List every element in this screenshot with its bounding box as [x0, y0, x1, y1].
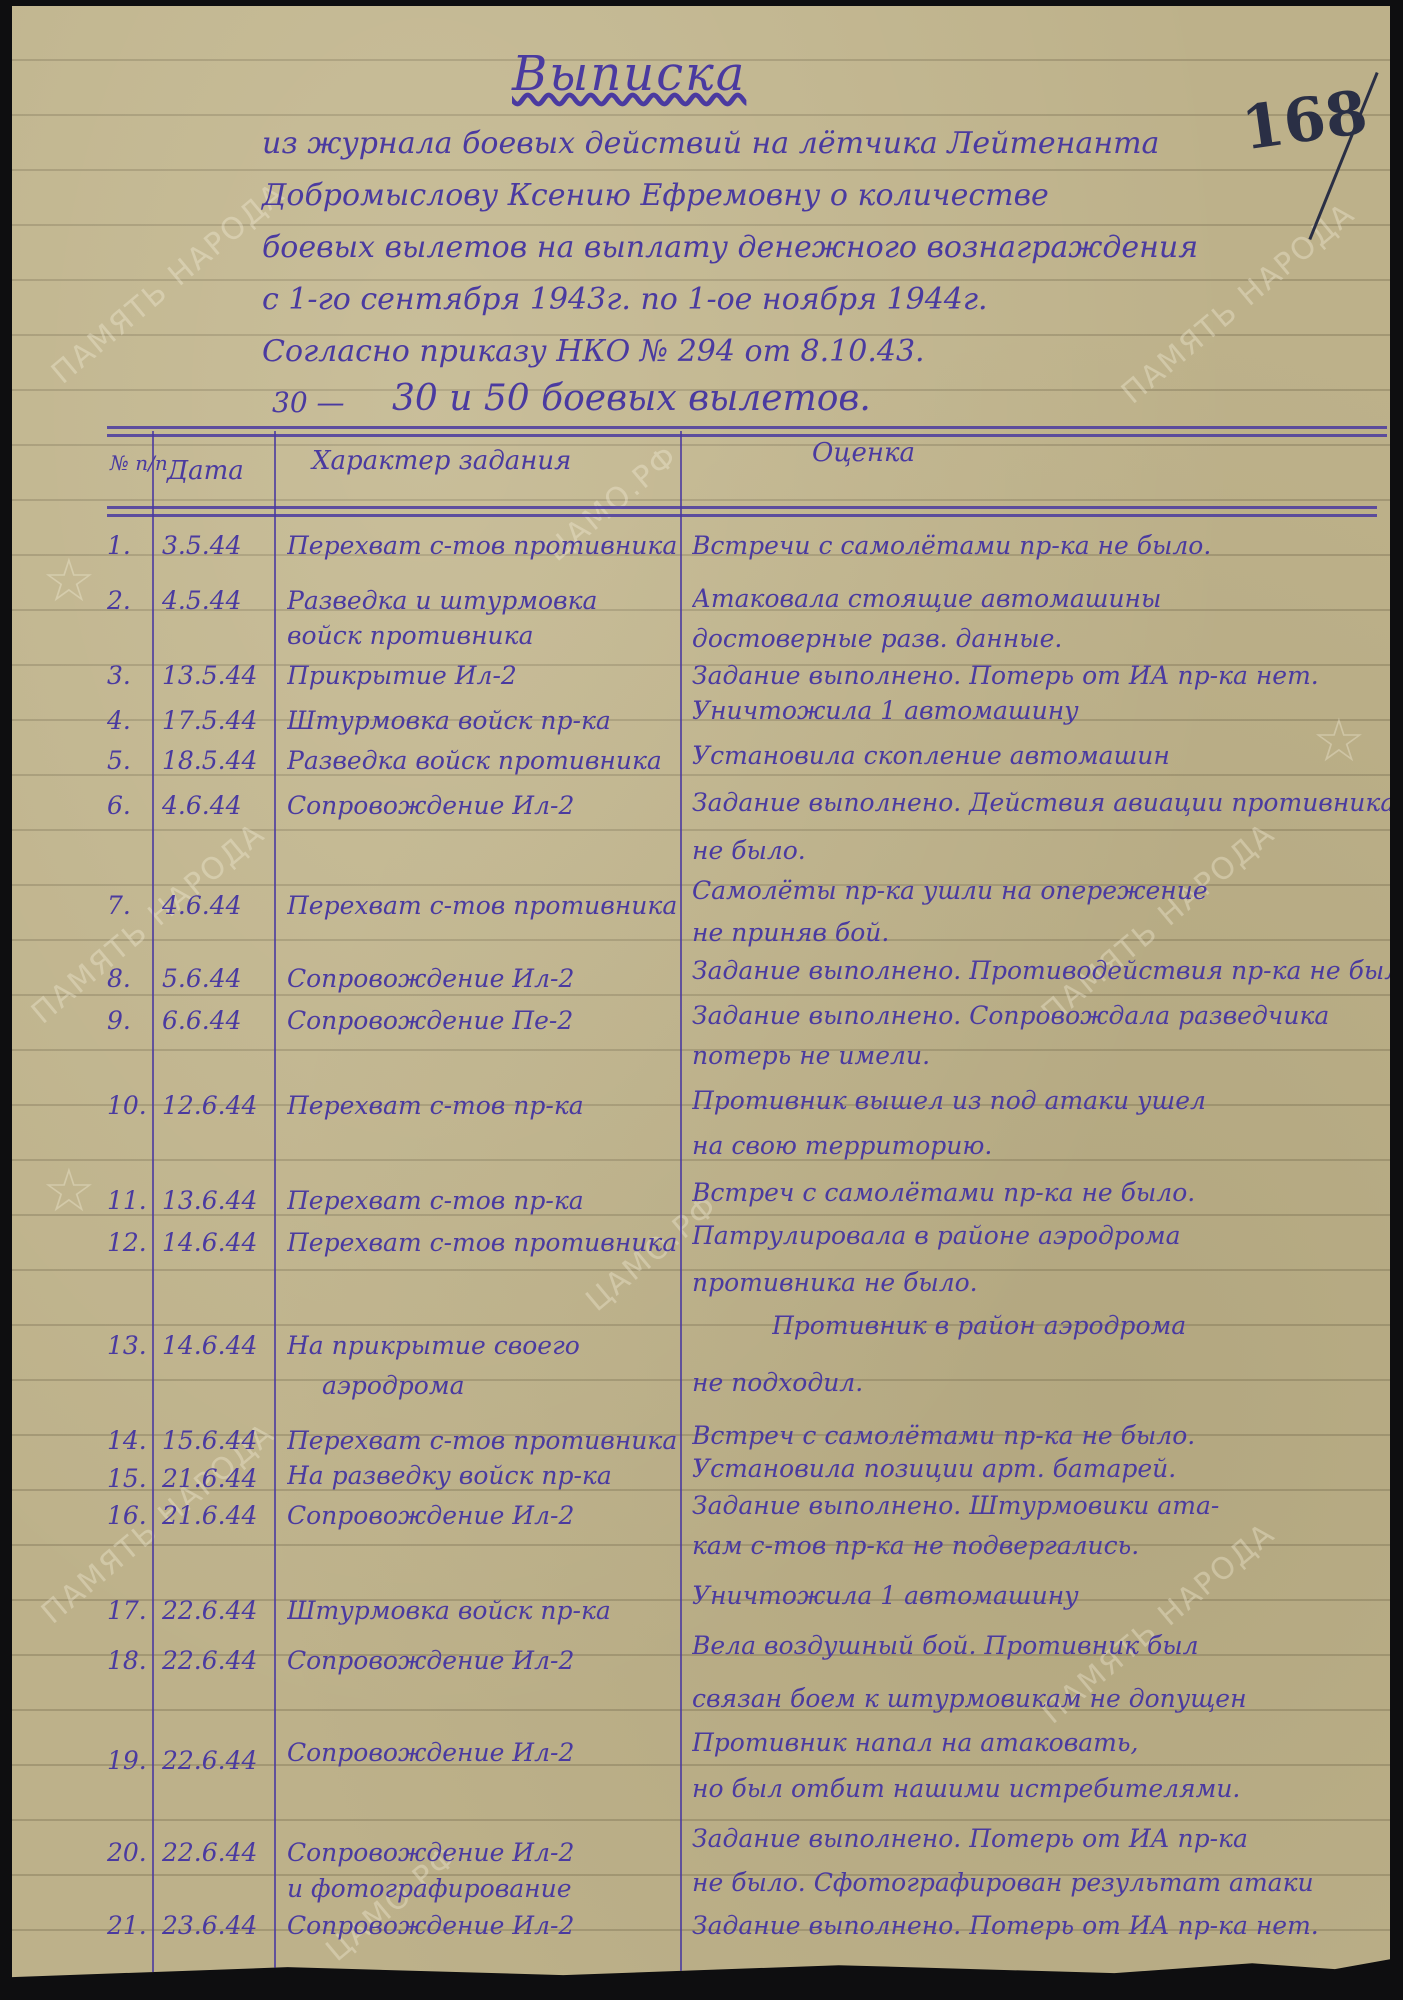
- header-line: боевых вылетов на выплату денежного возн…: [262, 230, 1198, 265]
- row-date: 22.6.44: [162, 1838, 272, 1868]
- row-evaluation: Противник в район аэродрома: [772, 1311, 1403, 1341]
- row-task-cont: войск противника: [287, 621, 677, 651]
- row-date: 5.6.44: [162, 964, 272, 994]
- archive-number: 168: [1238, 78, 1372, 165]
- document-page: ПАМЯТЬ НАРОДА ПАМЯТЬ НАРОДА ПАМЯТЬ НАРОД…: [12, 6, 1390, 1991]
- row-evaluation: Самолёты пр-ка ушли на опережение: [692, 876, 1392, 906]
- row-task: Перехват с-тов пр-ка: [287, 1091, 677, 1121]
- row-evaluation-cont: но был отбит нашими истребителями.: [692, 1774, 1392, 1804]
- row-number: 3.: [107, 661, 155, 691]
- row-evaluation: Встречи с самолётами пр-ка не было.: [692, 531, 1392, 561]
- row-evaluation: Уничтожила 1 автомашину: [692, 696, 1392, 726]
- row-task: Сопровождение Ил-2: [287, 1646, 677, 1676]
- row-date: 21.6.44: [162, 1501, 272, 1531]
- row-task: Перехват с-тов противника: [287, 1426, 677, 1456]
- row-date: 21.6.44: [162, 1464, 272, 1494]
- row-task-cont: аэродрома: [322, 1371, 712, 1401]
- row-date: 18.5.44: [162, 746, 272, 776]
- row-evaluation-cont: не было.: [692, 836, 1392, 866]
- row-date: 14.6.44: [162, 1331, 272, 1361]
- row-evaluation-cont: на свою территорию.: [692, 1131, 1392, 1161]
- row-number: 10.: [107, 1091, 155, 1121]
- row-number: 15.: [107, 1464, 155, 1494]
- row-number: 17.: [107, 1596, 155, 1626]
- row-evaluation-cont: связан боем к штурмовикам не допущен: [692, 1684, 1392, 1714]
- row-date: 6.6.44: [162, 1006, 272, 1036]
- row-evaluation: Задание выполнено. Потерь от ИА пр-ка не…: [692, 1911, 1392, 1941]
- row-task: Перехват с-тов противника: [287, 891, 677, 921]
- row-number: 12.: [107, 1228, 155, 1258]
- column-header-date: Дата: [167, 456, 244, 486]
- row-number: 11.: [107, 1186, 155, 1216]
- header-prefix: 30 —: [272, 386, 345, 419]
- header-line: из журнала боевых действий на лётчика Ле…: [262, 126, 1159, 161]
- row-evaluation: Вела воздушный бой. Противник был: [692, 1631, 1392, 1661]
- row-evaluation: Задание выполнено. Штурмовики ата-: [692, 1491, 1392, 1521]
- header-sorties: 30 и 50 боевых вылетов.: [392, 378, 871, 419]
- row-task: Сопровождение Ил-2: [287, 1911, 677, 1941]
- row-date: 15.6.44: [162, 1426, 272, 1456]
- row-task: Сопровождение Ил-2: [287, 791, 677, 821]
- row-task: Сопровождение Ил-2: [287, 1838, 677, 1868]
- column-header-task: Характер задания: [312, 446, 571, 476]
- header-order: Согласно приказу НКО № 294 от 8.10.43.: [262, 334, 925, 369]
- row-evaluation: Встреч с самолётами пр-ка не было.: [692, 1421, 1392, 1451]
- row-task: Сопровождение Пе-2: [287, 1006, 677, 1036]
- row-date: 3.5.44: [162, 531, 272, 561]
- row-task: Штурмовка войск пр-ка: [287, 706, 677, 736]
- column-header-evaluation: Оценка: [812, 438, 915, 468]
- header-period: с 1-го сентября 1943г. по 1-ое ноября 19…: [262, 282, 988, 317]
- row-evaluation: Задание выполнено. Потерь от ИА пр-ка не…: [692, 661, 1392, 691]
- row-number: 18.: [107, 1646, 155, 1676]
- row-task: Разведка и штурмовка: [287, 586, 677, 616]
- watermark: ПАМЯТЬ НАРОДА: [25, 816, 272, 1031]
- header-line-recipient: Добромыслову Ксению Ефремовну о количест…: [262, 178, 1049, 213]
- row-number: 6.: [107, 791, 155, 821]
- row-number: 2.: [107, 586, 155, 616]
- row-number: 13.: [107, 1331, 155, 1361]
- row-number: 5.: [107, 746, 155, 776]
- row-date: 4.6.44: [162, 791, 272, 821]
- row-date: 17.5.44: [162, 706, 272, 736]
- row-date: 13.6.44: [162, 1186, 272, 1216]
- star-watermark-icon: ☆: [42, 1156, 96, 1226]
- row-evaluation: Противник напал на атаковать,: [692, 1728, 1392, 1758]
- row-evaluation: Атаковала стоящие автомашины: [692, 584, 1392, 614]
- row-task: Перехват с-тов противника: [287, 1228, 677, 1258]
- row-task: На прикрытие своего: [287, 1331, 677, 1361]
- row-number: 14.: [107, 1426, 155, 1456]
- row-task: Сопровождение Ил-2: [287, 964, 677, 994]
- row-number: 9.: [107, 1006, 155, 1036]
- row-evaluation: Уничтожила 1 автомашину: [692, 1581, 1392, 1611]
- row-task: Штурмовка войск пр-ка: [287, 1596, 677, 1626]
- star-watermark-icon: ☆: [42, 546, 96, 616]
- row-evaluation: Встреч с самолётами пр-ка не было.: [692, 1178, 1392, 1208]
- row-evaluation-cont: противника не было.: [692, 1268, 1392, 1298]
- row-date: 4.6.44: [162, 891, 272, 921]
- row-task: Прикрытие Ил-2: [287, 661, 677, 691]
- row-evaluation: Противник вышел из под атаки ушел: [692, 1086, 1392, 1116]
- row-date: 22.6.44: [162, 1596, 272, 1626]
- row-date: 22.6.44: [162, 1646, 272, 1676]
- watermark: ПАМЯТЬ НАРОДА: [45, 176, 292, 391]
- row-task: Сопровождение Ил-2: [287, 1501, 677, 1531]
- row-evaluation-cont: достоверные разв. данные.: [692, 624, 1392, 654]
- row-number: 20.: [107, 1838, 155, 1868]
- row-date: 23.6.44: [162, 1911, 272, 1941]
- row-date: 22.6.44: [162, 1746, 272, 1776]
- row-task: Разведка войск противника: [287, 746, 677, 776]
- row-evaluation-cont: не подходил.: [692, 1368, 1392, 1398]
- row-evaluation: Установила позиции арт. батарей.: [692, 1454, 1392, 1484]
- row-date: 14.6.44: [162, 1228, 272, 1258]
- row-date: 4.5.44: [162, 586, 272, 616]
- row-evaluation-cont: не приняв бой.: [692, 918, 1392, 948]
- row-task: Сопровождение Ил-2: [287, 1738, 677, 1768]
- column-header-number: № п/п: [110, 451, 168, 475]
- row-evaluation: Задание выполнено. Потерь от ИА пр-ка: [692, 1824, 1392, 1854]
- watermark: ПАМЯТЬ НАРОДА: [1115, 196, 1362, 411]
- row-evaluation: Патрулировала в районе аэродрома: [692, 1221, 1392, 1251]
- row-number: 16.: [107, 1501, 155, 1531]
- row-task: Перехват с-тов пр-ка: [287, 1186, 677, 1216]
- row-number: 4.: [107, 706, 155, 736]
- row-task-cont: и фотографирование: [287, 1874, 677, 1904]
- row-number: 19.: [107, 1746, 155, 1776]
- row-number: 8.: [107, 964, 155, 994]
- row-number: 21.: [107, 1911, 155, 1941]
- row-evaluation: Задание выполнено. Противодействия пр-ка…: [692, 956, 1392, 986]
- row-evaluation: Задание выполнено. Сопровождала разведчи…: [692, 1001, 1392, 1031]
- document-title: Выписка: [512, 46, 746, 102]
- row-date: 12.6.44: [162, 1091, 272, 1121]
- row-evaluation: Установила скопление автомашин: [692, 741, 1392, 771]
- row-evaluation: Задание выполнено. Действия авиации прот…: [692, 788, 1392, 818]
- row-number: 1.: [107, 531, 155, 561]
- row-number: 7.: [107, 891, 155, 921]
- row-date: 13.5.44: [162, 661, 272, 691]
- row-evaluation-cont: не было. Сфотографирован результат атаки: [692, 1868, 1392, 1898]
- row-task: Перехват с-тов противника: [287, 531, 677, 561]
- row-task: На разведку войск пр-ка: [287, 1461, 677, 1491]
- row-evaluation-cont: кам с-тов пр-ка не подвергались.: [692, 1531, 1392, 1561]
- row-evaluation-cont: потерь не имели.: [692, 1041, 1392, 1071]
